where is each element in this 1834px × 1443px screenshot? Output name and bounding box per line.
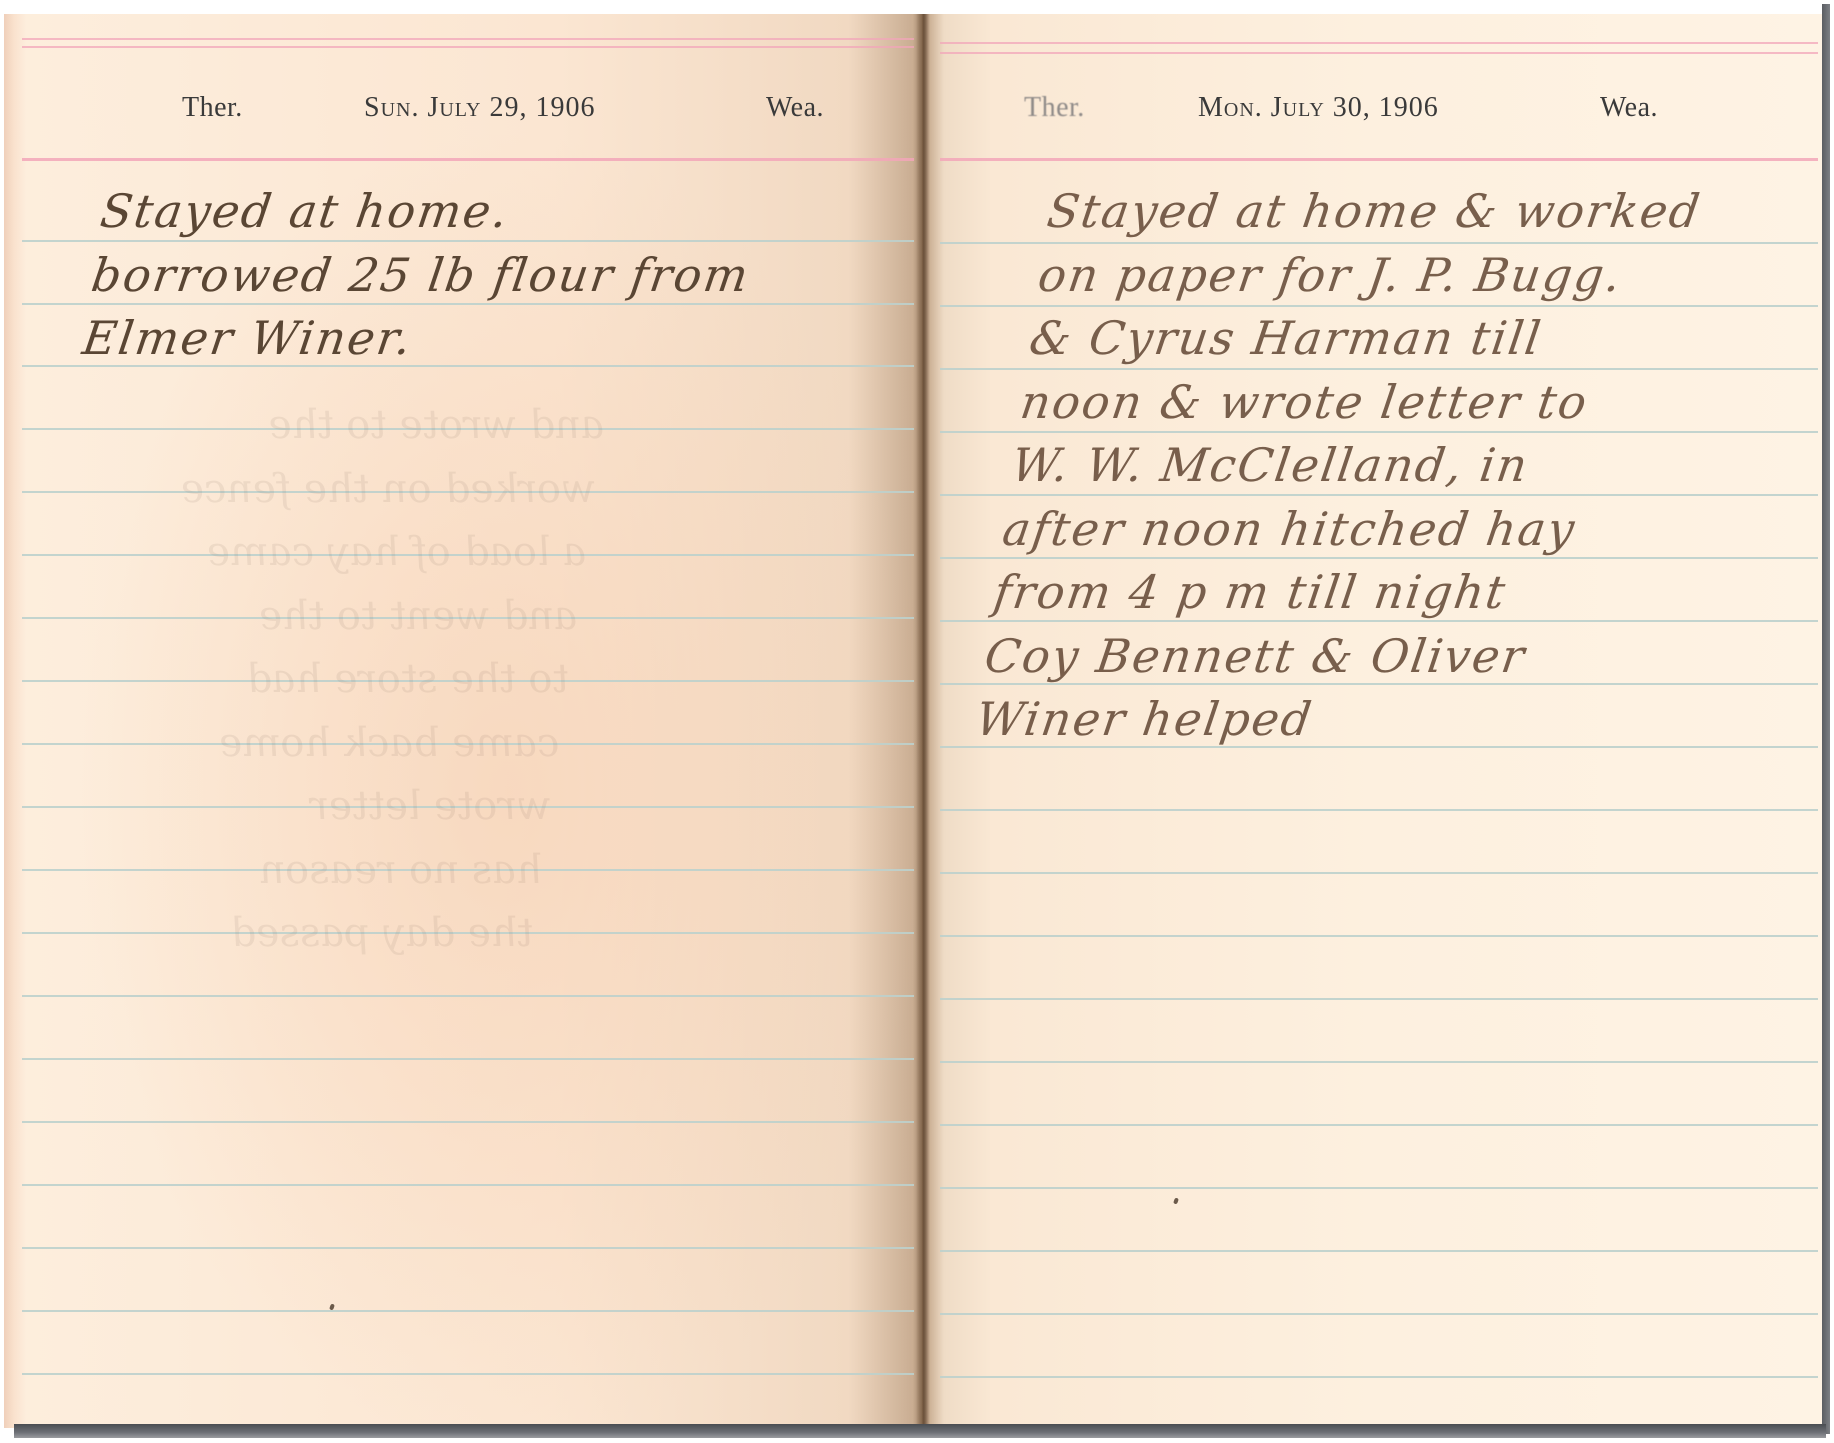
- ink-speck: [1173, 1197, 1179, 1204]
- entry-line: Elmer Winer.: [79, 307, 745, 371]
- left-page: Ther. Sun. July 29, 1906 Wea.: [4, 14, 922, 1428]
- book-cover-edge-bottom: [14, 1424, 1826, 1438]
- entry-line: Stayed at home & worked: [1043, 180, 1705, 244]
- entry-line: & Cyrus Harman till: [1025, 307, 1687, 371]
- ther-label: Ther.: [182, 92, 243, 124]
- page-header: Ther. Mon. July 30, 1906 Wea.: [922, 92, 1826, 132]
- wea-label: Wea.: [1600, 92, 1658, 124]
- entry-line: after noon hitched hay: [999, 498, 1661, 562]
- entry-line: Coy Bennett & Oliver: [981, 625, 1643, 689]
- entry-line: Stayed at home.: [96, 180, 762, 244]
- page-date: Mon. July 30, 1906: [1198, 92, 1439, 124]
- entry-line: borrowed 25 lb flour from: [88, 244, 754, 308]
- open-diary: Ther. Sun. July 29, 1906 Wea.: [4, 14, 1830, 1430]
- header-bottom-rule: [22, 158, 914, 161]
- entry-line: W. W. McClelland, in: [1008, 434, 1670, 498]
- page-date: Sun. July 29, 1906: [364, 92, 595, 124]
- entry-line: noon & wrote letter to: [1016, 371, 1678, 435]
- page-header: Ther. Sun. July 29, 1906 Wea.: [4, 92, 922, 132]
- header-top-rule: [940, 42, 1818, 44]
- wea-label: Wea.: [766, 92, 824, 124]
- entry-line: Winer helped: [972, 688, 1634, 752]
- header-top-rule-2: [22, 46, 914, 48]
- book-spine: [916, 14, 930, 1428]
- ther-label: Ther.: [1024, 92, 1085, 124]
- entry-line: on paper for J. P. Bugg.: [1034, 244, 1696, 308]
- entry-line: from 4 p m till night: [990, 561, 1652, 625]
- left-entry-text: Stayed at home. borrowed 25 lb flour fro…: [79, 180, 763, 371]
- header-top-rule: [22, 38, 914, 40]
- book-cover-edge-right: [1822, 4, 1830, 1434]
- right-entry-text: Stayed at home & worked on paper for J. …: [972, 180, 1706, 752]
- header-top-rule-2: [940, 52, 1818, 54]
- header-bottom-rule: [940, 158, 1818, 161]
- right-page: Ther. Mon. July 30, 1906 Wea.: [922, 14, 1826, 1428]
